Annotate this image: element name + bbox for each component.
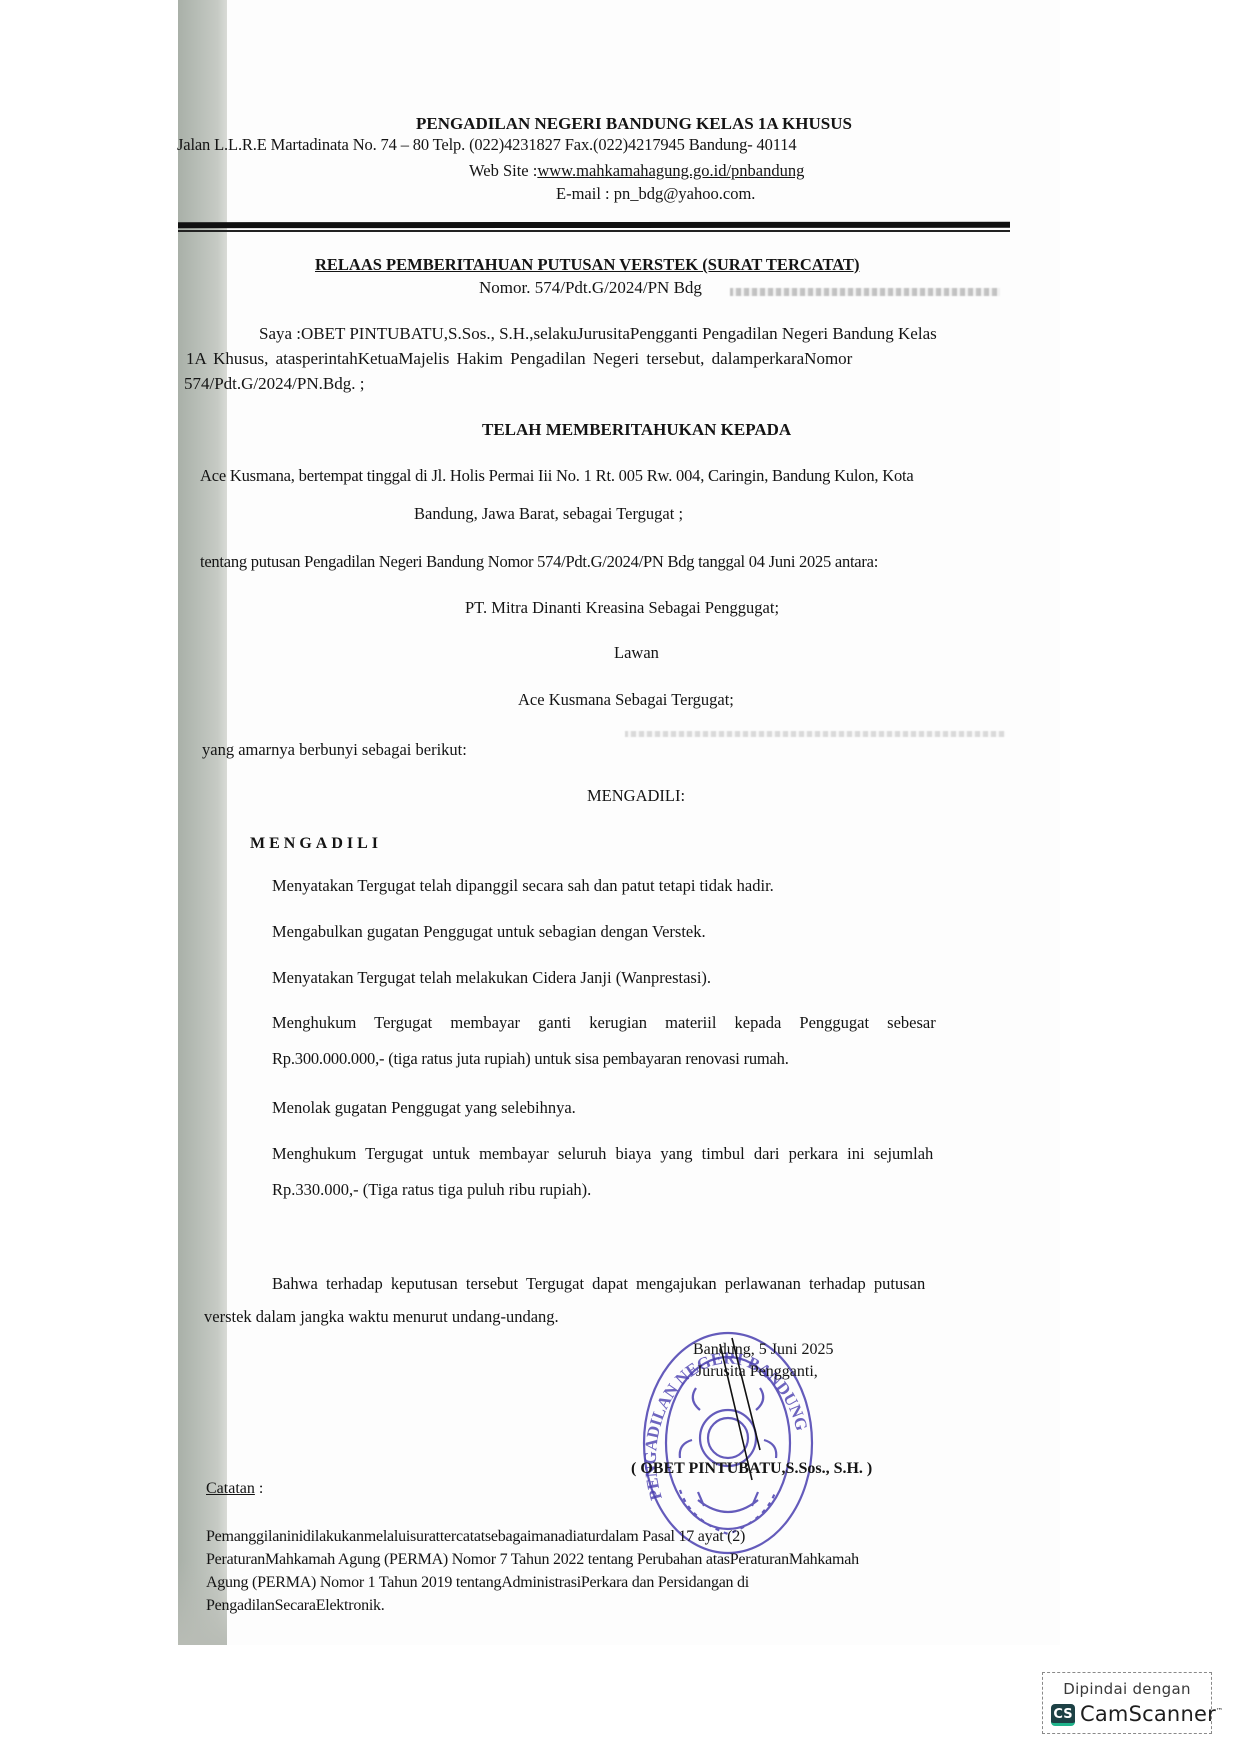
- signature-role: Jurusita Pengganti,: [696, 1362, 818, 1382]
- scan-smudge: [625, 731, 1005, 737]
- note-line: Agung (PERMA) Nomor 1 Tahun 2019 tentang…: [206, 1573, 749, 1593]
- website-label: Web Site :: [469, 161, 537, 180]
- decision-about: tentang putusan Pengadilan Negeri Bandun…: [200, 552, 878, 572]
- scan-smudge: [730, 288, 1000, 296]
- note-line: PengadilanSecaraElektronik.: [206, 1596, 385, 1616]
- court-name: PENGADILAN NEGERI BANDUNG KELAS 1A KHUSU…: [416, 114, 852, 134]
- letterhead-rule-thick: [178, 222, 1010, 228]
- party-defendant: Ace Kusmana Sebagai Tergugat;: [518, 690, 734, 710]
- note-label: Catatan: [206, 1480, 255, 1497]
- notified-address-2: Bandung, Jawa Barat, sebagai Tergugat ;: [414, 504, 683, 524]
- notified-address-1: Ace Kusmana, bertempat tinggal di Jl. Ho…: [200, 466, 914, 486]
- intro-line-2: 1A Khusus, atasperintahKetuaMajelis Haki…: [186, 349, 852, 369]
- verdict-item: Rp.300.000.000,- (tiga ratus juta rupiah…: [272, 1049, 789, 1069]
- note-colon: :: [255, 1480, 263, 1497]
- intro-line-1: Saya :OBET PINTUBATU,S.Sos., S.H.,selaku…: [259, 324, 937, 344]
- party-versus: Lawan: [614, 643, 659, 663]
- verdict-item: Menolak gugatan Penggugat yang selebihny…: [272, 1098, 576, 1118]
- scan-edge-shadow: [178, 0, 227, 1645]
- note-line: Pemanggilaninidilakukanmelaluisuratterca…: [206, 1527, 745, 1547]
- note-heading: Catatan :: [206, 1479, 263, 1499]
- note-line: PeraturanMahkamah Agung (PERMA) Nomor 7 …: [206, 1550, 859, 1570]
- verdict-item: Menyatakan Tergugat telah melakukan Cide…: [272, 968, 711, 988]
- brand-text: CamScanner: [1080, 1702, 1216, 1726]
- camscanner-logo-icon: CS: [1051, 1704, 1075, 1726]
- party-plaintiff: PT. Mitra Dinanti Kreasina Sebagai Pengg…: [465, 598, 779, 618]
- verdict-item: Menyatakan Tergugat telah dipanggil seca…: [272, 876, 774, 896]
- letterhead-rule-thin: [178, 230, 1010, 232]
- signature-place-date: Bandung, 5 Juni 2025: [693, 1340, 833, 1360]
- verdict-item: Rp.330.000,- (Tiga ratus tiga puluh ribu…: [272, 1180, 591, 1200]
- document-number: Nomor. 574/Pdt.G/2024/PN Bdg: [479, 278, 702, 298]
- closing-line-1: Bahwa terhadap keputusan tersebut Tergug…: [272, 1274, 925, 1294]
- notified-heading: TELAH MEMBERITAHUKAN KEPADA: [482, 420, 791, 440]
- scanned-page: [178, 0, 1060, 1645]
- document-title: RELAAS PEMBERITAHUAN PUTUSAN VERSTEK (SU…: [315, 255, 859, 275]
- court-address: Jalan L.L.R.E Martadinata No. 74 – 80 Te…: [177, 135, 796, 155]
- intro-line-3: 574/Pdt.G/2024/PN.Bdg. ;: [184, 374, 364, 394]
- amar-intro: yang amarnya berbunyi sebagai berikut:: [202, 740, 467, 760]
- signature-name: ( OBET PINTUBATU,S.Sos., S.H. ): [631, 1459, 872, 1479]
- mengadili-label: MENGADILI: [250, 834, 382, 854]
- camscanner-watermark: Dipindai dengan CS CamScanner™: [1042, 1672, 1212, 1734]
- watermark-caption: Dipindai dengan: [1043, 1680, 1211, 1698]
- verdict-item: Menghukum Tergugat membayar ganti kerugi…: [272, 1013, 936, 1033]
- trademark-mark: ™: [1216, 1707, 1223, 1715]
- closing-line-2: verstek dalam jangka waktu menurut undan…: [204, 1307, 559, 1327]
- mengadili-heading: MENGADILI:: [587, 786, 685, 806]
- verdict-item: Mengabulkan gugatan Penggugat untuk seba…: [272, 922, 706, 942]
- camscanner-brand: CamScanner™: [1080, 1702, 1223, 1726]
- court-website: Web Site :www.mahkamahagung.go.id/pnband…: [469, 161, 804, 181]
- website-link[interactable]: www.mahkamahagung.go.id/pnbandung: [537, 161, 804, 180]
- verdict-item: Menghukum Tergugat untuk membayar seluru…: [272, 1144, 933, 1164]
- court-email: E-mail : pn_bdg@yahoo.com.: [556, 184, 755, 204]
